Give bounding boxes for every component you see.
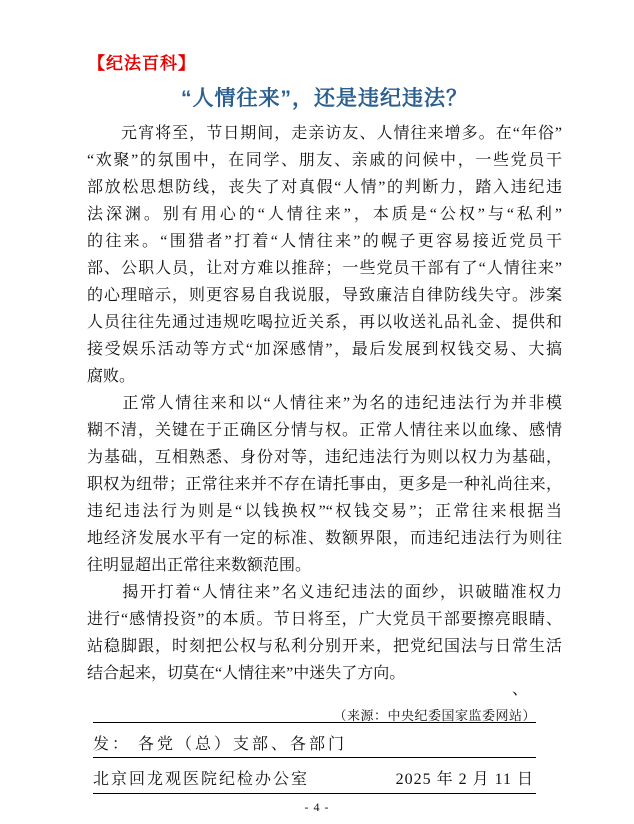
body-line: 部放松思想防线，丧失了对真假“人情”的判断力，踏入违纪违 <box>87 174 562 201</box>
divider-bottom <box>93 793 536 794</box>
section-tag: 【纪法百科】 <box>88 49 196 74</box>
body-line: 违纪违法行为则是“以钱换权”“权钱交易”；正常往来根据当 <box>87 498 562 525</box>
body-line: 正常人情往来和以“人情往来”为名的违纪违法行为并非模 <box>87 390 562 417</box>
body-line: 揭开打着“人情往来”名义违纪违法的面纱，识破瞄准权力 <box>87 579 562 606</box>
body-line: 部、公职人员，让对方难以推辞；一些党员干部有了“人情往来” <box>87 255 562 282</box>
distribution-line: 发： 各党（总）支部、各部门 <box>93 731 347 754</box>
body-line: 的心理暗示，则更容易自我说服，导致廉洁自律防线失守。涉案 <box>87 282 562 309</box>
body-line: “欢聚”的氛围中，在同学、朋友、亲戚的问候中，一些党员干 <box>87 147 562 174</box>
body-line: 腐败。 <box>87 363 562 390</box>
article-title: “人情往来”，还是违纪违法？ <box>87 82 562 112</box>
issue-date: 2025 年 2 月 11 日 <box>396 766 534 789</box>
document-page: 【纪法百科】 “人情往来”，还是违纪违法？ 元宵将至，节日期间，走亲访友、人情往… <box>0 0 634 824</box>
body-line: 往明显超出正常往来数额范围。 <box>87 552 562 579</box>
divider-top <box>93 722 536 723</box>
divider-middle <box>93 757 536 758</box>
body-line: 的往来。“围猎者”打着“人情往来”的幌子更容易接近党员干 <box>87 228 562 255</box>
body-line: 结合起来，切莫在“人情往来”中迷失了方向。 <box>87 660 562 687</box>
body-line: 接受娱乐活动等方式“加深感情”，最后发展到权钱交易、大搞 <box>87 336 562 363</box>
body-line: 进行“感情投资”的本质。节日将至，广大党员干部要擦亮眼睛、 <box>87 606 562 633</box>
article-body: 元宵将至，节日期间，走亲访友、人情往来增多。在“年俗”“欢聚”的氛围中，在同学、… <box>87 120 562 687</box>
body-line: 糊不清，关键在于正确区分情与权。正常人情往来以血缘、感情 <box>87 417 562 444</box>
page-number: - 4 - <box>0 800 634 815</box>
body-line: 地经济发展水平有一定的标准、数额界限，而违纪违法行为则往 <box>87 525 562 552</box>
issuer-name: 北京回龙观医院纪检办公室 <box>93 766 309 789</box>
body-line: 职权为纽带；正常往来并不存在请托事由，更多是一种礼尚往来， <box>87 471 562 498</box>
body-line: 法深渊。别有用心的“人情往来”，本质是“公权”与“私利” <box>87 201 562 228</box>
body-line: 元宵将至，节日期间，走亲访友、人情往来增多。在“年俗” <box>87 120 562 147</box>
body-line: 站稳脚跟，时刻把公权与私利分别开来，把党纪国法与日常生活 <box>87 633 562 660</box>
body-line: 人员往往先通过违规吃喝拉近关系，再以收送礼品礼金、提供和 <box>87 309 562 336</box>
body-line: 为基础，互相熟悉、身份对等，违纪违法行为则以权力为基础， <box>87 444 562 471</box>
stray-comma-mark: 、 <box>512 682 528 698</box>
